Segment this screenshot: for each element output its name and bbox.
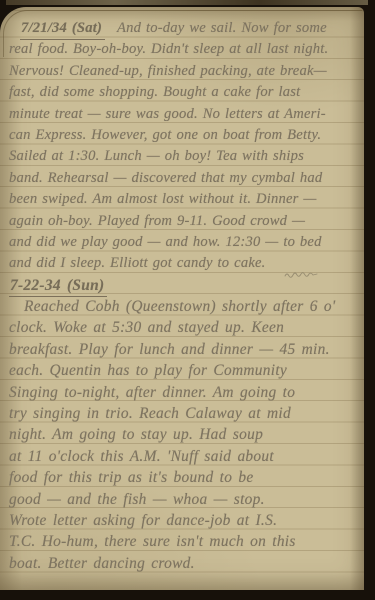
underlying-page-edge [6, 0, 368, 5]
journal-entry-1: 7/21/34 (Sat)And to-day we sail. Now for… [9, 18, 359, 275]
journal-line: breakfast. Play for lunch and dinner — 4… [9, 339, 359, 360]
journal-line: minute treat — sure was good. No letters… [9, 104, 359, 125]
journal-line: again oh-boy. Played from 9-11. Good cro… [9, 211, 359, 232]
journal-line: T.C. Ho-hum, there sure isn't much on th… [9, 531, 359, 552]
journal-line: at 11 o'clock this A.M. 'Nuff said about [9, 446, 359, 467]
journal-line: band. Rehearsal — discovered that my cym… [9, 168, 359, 189]
journal-line: each. Quentin has to play for Community [9, 360, 359, 381]
journal-line-text: And to-day we sail. Now for some [117, 20, 327, 36]
journal-line: boat. Better dancing crowd. [9, 553, 359, 574]
journal-line: clock. Woke at 5:30 and stayed up. Keen [9, 317, 359, 338]
scanned-photo: 7/21/34 (Sat)And to-day we sail. Now for… [0, 0, 375, 600]
journal-text: 7/21/34 (Sat)And to-day we sail. Now for… [9, 18, 359, 574]
journal-line: Sailed at 1:30. Lunch — oh boy! Tea with… [9, 146, 359, 167]
journal-line: food for this trip as it's bound to be [9, 467, 359, 488]
journal-line: night. Am going to stay up. Had soup [9, 424, 359, 445]
journal-line: Reached Cobh (Queenstown) shortly after … [9, 296, 359, 317]
journal-line: Nervous! Cleaned-up, finished packing, a… [9, 61, 359, 82]
journal-line: Wrote letter asking for dance-job at I.S… [9, 510, 359, 531]
journal-line: Singing to-night, after dinner. Am going… [9, 382, 359, 403]
entry-date: 7-22-34 (Sun) [9, 275, 107, 297]
journal-page: 7/21/34 (Sat)And to-day we sail. Now for… [0, 7, 364, 590]
journal-line: 7/21/34 (Sat)And to-day we sail. Now for… [9, 18, 359, 39]
journal-line: real food. Boy-oh-boy. Didn't sleep at a… [9, 39, 359, 60]
journal-line: fast, did some shopping. Bought a cake f… [9, 82, 359, 103]
journal-line: try singing in trio. Reach Calaway at mi… [9, 403, 359, 424]
journal-line: and did we play good — and how. 12:30 — … [9, 232, 359, 253]
journal-line: been swiped. Am almost lost without it. … [9, 189, 359, 210]
journal-line: good — and the fish — whoa — stop. [9, 489, 359, 510]
pencil-scribble-annotation [284, 270, 318, 279]
entry-date: 7/21/34 (Sat) [20, 18, 105, 40]
journal-line: can Express. However, got one on boat fr… [9, 125, 359, 146]
journal-entry-2: 7-22-34 (Sun) Reached Cobh (Queenstown) … [9, 275, 359, 574]
